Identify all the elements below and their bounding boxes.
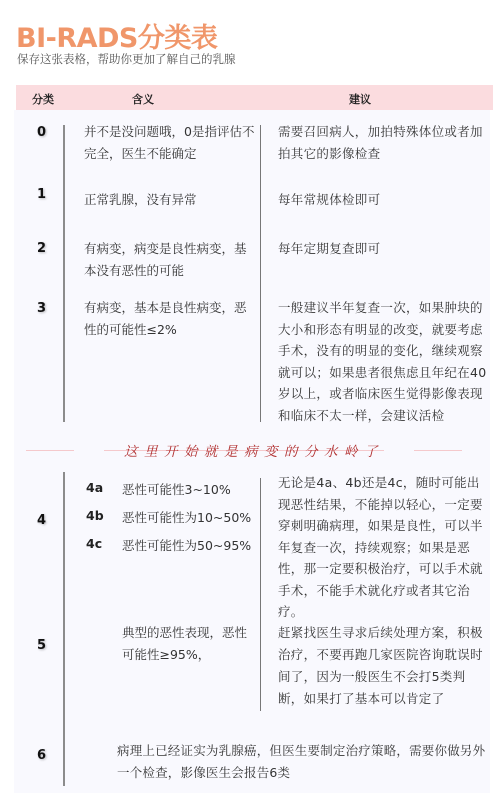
divider-line-left (26, 450, 74, 451)
advice-cell: 无论是4a、4b还是4c，随时可能出现恶性结果，不能掉以轻心，一定要穿刺明确病理… (278, 472, 488, 623)
advice-cell: 赶紧找医生寻求后续处理方案，积极治疗，不要再跑几家医院咨询耽误时间了，因为一般医… (278, 622, 488, 710)
divider-line-right (414, 450, 462, 451)
category-number: 3 (37, 301, 46, 316)
meaning-cell: 典型的恶性表现，恶性可能性≥95%， (122, 622, 258, 666)
malignancy-divider-label: 这里开始就是病变的分水岭了 (124, 440, 384, 460)
page-subtitle: 保存这张表格，帮助你更加了解自己的乳腺 (17, 51, 236, 67)
category-number: 4 (37, 513, 46, 528)
column-divider-left (63, 125, 65, 422)
subcategory-label: 4a (86, 480, 103, 495)
category-number: 5 (37, 638, 46, 653)
column-header-advice: 建议 (349, 91, 371, 107)
meaning-cell: 正常乳腺，没有异常 (84, 189, 256, 211)
column-divider-left (63, 472, 65, 786)
column-header-meaning: 含义 (132, 91, 154, 107)
column-divider-mid (260, 125, 261, 422)
category-number: 6 (37, 748, 46, 763)
advice-cell: 每年常规体检即可 (278, 189, 488, 211)
subcategory-label: 4b (86, 508, 104, 523)
meaning-cell: 有病变，基本是良性病变，恶性的可能性≤2% (84, 297, 256, 341)
subcategory-text: 恶性可能性为50~95% (122, 536, 251, 554)
meaning-cell: 并不是没问题哦，0是指评估不完全，医生不能确定 (84, 121, 256, 165)
table-header: 分类 含义 建议 (16, 85, 493, 110)
advice-cell: 每年定期复查即可 (278, 238, 488, 260)
category-number: 1 (37, 187, 46, 202)
category-number: 2 (37, 241, 46, 256)
subcategory-text: 恶性可能性为10~50% (122, 508, 251, 526)
advice-cell: 需要召回病人，加拍特殊体位或者加拍其它的影像检查 (278, 121, 488, 165)
subcategory-text: 恶性可能性3~10% (122, 480, 231, 498)
meaning-cell: 有病变，病变是良性病变，基本没有恶性的可能 (84, 238, 256, 282)
column-divider-mid (260, 478, 261, 711)
subcategory-label: 4c (86, 536, 102, 551)
meaning-cell: 病理上已经证实为乳腺癌，但医生要制定治疗策略，需要你做另外一个检查，影像医生会报… (117, 740, 489, 784)
column-header-category: 分类 (32, 91, 54, 107)
category-number: 0 (37, 125, 46, 140)
page-title: BI-RADS分类表 (16, 16, 217, 55)
advice-cell: 一般建议半年复查一次，如果肿块的大小和形态有明显的改变，就要考虑手术，没有的明显… (278, 297, 488, 426)
